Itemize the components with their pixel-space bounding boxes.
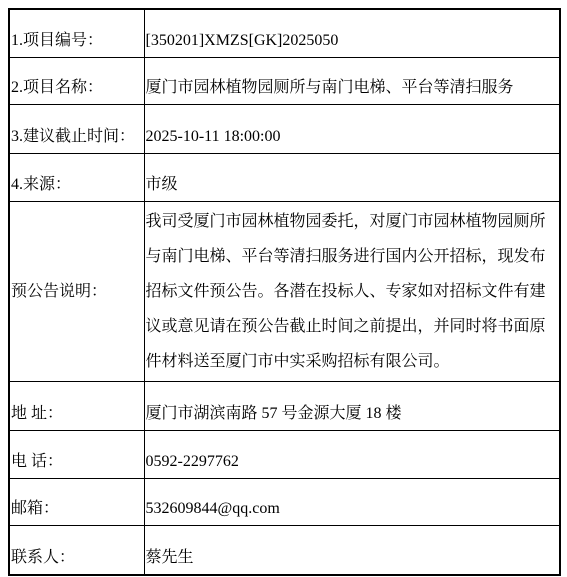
row-label-phone: 电 话： <box>9 430 144 478</box>
row-value-address: 厦门市湖滨南路 57 号金源大厦 18 楼 <box>144 381 560 430</box>
row-value-pre-announcement-note: 我司受厦门市园林植物园委托，对厦门市园林植物园厕所与南门电梯、平台等清扫服务进行… <box>144 201 560 381</box>
row-value-phone: 0592-2297762 <box>144 430 560 478</box>
row-label-contact-person: 联系人： <box>9 525 144 575</box>
table-row: 4.来源： 市级 <box>9 153 560 201</box>
row-label-pre-announcement-note: 预公告说明： <box>9 201 144 381</box>
row-value-email: 532609844@qq.com <box>144 478 560 525</box>
row-label-deadline: 3.建议截止时间： <box>9 104 144 153</box>
table-row: 1.项目编号： [350201]XMZS[GK]2025050 <box>9 9 560 57</box>
row-label-source: 4.来源： <box>9 153 144 201</box>
row-value-project-name: 厦门市园林植物园厕所与南门电梯、平台等清扫服务 <box>144 57 560 104</box>
table-row: 2.项目名称： 厦门市园林植物园厕所与南门电梯、平台等清扫服务 <box>9 57 560 104</box>
row-value-project-number: [350201]XMZS[GK]2025050 <box>144 9 560 57</box>
row-value-contact-person: 蔡先生 <box>144 525 560 575</box>
announcement-table: 1.项目编号： [350201]XMZS[GK]2025050 2.项目名称： … <box>8 8 561 576</box>
row-label-project-number: 1.项目编号： <box>9 9 144 57</box>
row-label-project-name: 2.项目名称： <box>9 57 144 104</box>
table-row: 电 话： 0592-2297762 <box>9 430 560 478</box>
row-label-email: 邮箱： <box>9 478 144 525</box>
announcement-page: 1.项目编号： [350201]XMZS[GK]2025050 2.项目名称： … <box>0 0 567 577</box>
row-value-source: 市级 <box>144 153 560 201</box>
table-row: 地 址： 厦门市湖滨南路 57 号金源大厦 18 楼 <box>9 381 560 430</box>
table-row: 预公告说明： 我司受厦门市园林植物园委托，对厦门市园林植物园厕所与南门电梯、平台… <box>9 201 560 381</box>
row-value-deadline: 2025-10-11 18:00:00 <box>144 104 560 153</box>
table-row: 3.建议截止时间： 2025-10-11 18:00:00 <box>9 104 560 153</box>
table-row: 联系人： 蔡先生 <box>9 525 560 575</box>
row-label-address: 地 址： <box>9 381 144 430</box>
table-row: 邮箱： 532609844@qq.com <box>9 478 560 525</box>
